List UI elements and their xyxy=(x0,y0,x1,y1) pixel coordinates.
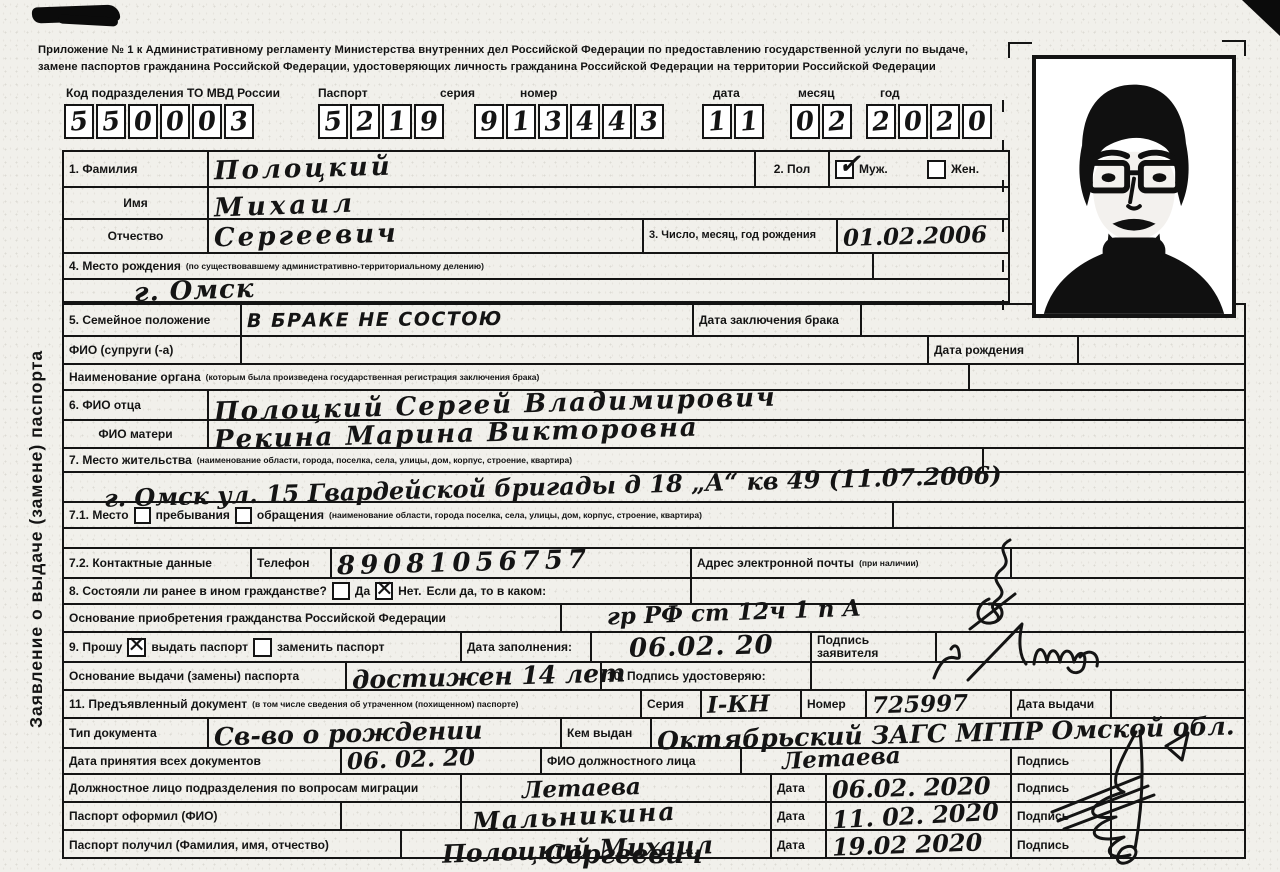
birthplace-note: (по существовавшему административно-терр… xyxy=(186,262,484,271)
form-header-line2: замене паспортов гражданина Российской Ф… xyxy=(38,59,996,76)
row-citizenship-basis: Основание приобретения гражданства Росси… xyxy=(64,603,1244,631)
digit-box: 0 xyxy=(128,104,158,139)
issue-day-boxes: 11 xyxy=(702,104,766,139)
patronymic-value: Сергеевич xyxy=(214,221,399,252)
marriage-date-label: Дата заключения брака xyxy=(699,314,839,327)
photo-corner-mark-left xyxy=(1008,42,1032,58)
male-checkbox: ✓ xyxy=(835,160,854,179)
scan-artifact-top-right xyxy=(1242,0,1280,36)
digit-box: 9 xyxy=(414,104,444,139)
signature-label-3: Подпись xyxy=(1017,810,1069,823)
request-label: 9. Прошу xyxy=(69,641,122,654)
row-prior-citizenship: 8. Состояли ли ранее в ином гражданстве?… xyxy=(64,577,1244,603)
signature-label-1: Подпись xyxy=(1017,755,1069,768)
unit-code-label: Код подразделения ТО МВД России xyxy=(66,86,280,100)
prepared-date-label: Дата xyxy=(777,810,805,823)
photo-edge-dashes xyxy=(1002,100,1004,310)
email-label: Адрес электронной почты xyxy=(697,557,854,570)
sex-label: 2. Пол xyxy=(774,163,811,176)
yes-checkbox xyxy=(332,582,350,600)
row-spouse: ФИО (супруги (-а) Дата рождения xyxy=(64,335,1244,363)
prior-citizenship-question: 8. Состояли ли ранее в ином гражданстве? xyxy=(69,585,327,598)
digit-box: 2 xyxy=(930,104,960,139)
row-birthplace-label: 4. Место рождения (по существовавшему ад… xyxy=(64,252,1008,278)
photo-corner-mark-right xyxy=(1222,40,1246,56)
spouse-label: ФИО (супруги (-а) xyxy=(69,344,173,357)
form-upper-table: 1. Фамилия Полоцкий 2. Пол ✓ Муж. Жен. И… xyxy=(62,150,1010,303)
migration-date-label: Дата xyxy=(777,782,805,795)
if-yes-label: Если да, то в каком: xyxy=(426,585,546,598)
scan-artifact-top-left-2 xyxy=(58,14,118,26)
row-blank xyxy=(64,527,1244,547)
digit-box: 0 xyxy=(962,104,992,139)
passport-received-label: Паспорт получил (Фамилия, имя, отчество) xyxy=(69,839,329,852)
doc-type-label: Тип документа xyxy=(69,727,157,740)
row-request: 9. Прошу ✕ выдать паспорт заменить паспо… xyxy=(64,631,1244,661)
doc-number-label: Номер xyxy=(807,698,846,711)
row-issue-basis: Основание выдачи (замены) паспорта дости… xyxy=(64,661,1244,689)
digit-box: 0 xyxy=(898,104,928,139)
digit-box: 2 xyxy=(822,104,852,139)
digit-box: 4 xyxy=(602,104,632,139)
form-lower-table: 5. Семейное положение В БРАКЕ НЕ СОСТОЮ … xyxy=(62,303,1246,859)
digit-box: 5 xyxy=(64,104,94,139)
row-doc-type: Тип документа Св-во о рождении Кем выдан… xyxy=(64,717,1244,747)
signature-label-2: Подпись xyxy=(1017,782,1069,795)
mother-label: ФИО матери xyxy=(98,428,172,441)
residence-label: 7. Место жительства xyxy=(69,454,192,467)
issue-year-boxes: 2020 xyxy=(866,104,994,139)
passport-number-boxes: 913443 xyxy=(474,104,666,139)
unit-code-boxes: 550003 xyxy=(64,104,256,139)
name-label: Имя xyxy=(123,197,148,210)
replace-passport-label: заменить паспорт xyxy=(277,641,384,654)
month-label: месяц xyxy=(798,86,834,100)
email-note: (при наличии) xyxy=(859,559,918,568)
birthdate-label: 3. Число, месяц, год рождения xyxy=(649,230,816,242)
form-header: Приложение № 1 к Административному регла… xyxy=(38,42,996,76)
passport-prepared-label: Паспорт оформил (ФИО) xyxy=(69,810,218,823)
received-date-value: 19.02 2020 xyxy=(832,830,983,859)
row-surname: 1. Фамилия Полоцкий 2. Пол ✓ Муж. Жен. xyxy=(64,152,1008,186)
marital-value: В БРАКЕ НЕ СОСТОЮ xyxy=(247,309,503,330)
passport-received-value-line2: Сергеевич xyxy=(545,840,703,870)
applicant-photo xyxy=(1032,55,1236,318)
certify-sign-label: 10. Подпись удостоверяю: xyxy=(607,670,766,683)
digit-box: 2 xyxy=(350,104,380,139)
surname-value: Полоцкий xyxy=(214,154,393,185)
birthdate-value: 01.02.2006 xyxy=(843,223,988,250)
issue-month-boxes: 02 xyxy=(790,104,854,139)
passport-label: Паспорт xyxy=(318,86,368,100)
row-patronymic: Отчество Сергеевич 3. Число, месяц, год … xyxy=(64,218,1008,252)
doc-series-value: I-КН xyxy=(707,692,771,717)
digit-box: 0 xyxy=(192,104,222,139)
male-checkmark: ✓ xyxy=(838,151,861,178)
form-header-line1: Приложение № 1 к Административному регла… xyxy=(38,42,996,59)
yes-label: Да xyxy=(355,585,370,598)
fill-date-label: Дата заполнения: xyxy=(467,641,572,654)
row-residence-value: г. Омск ул. 15 Гвардейской бригады д 18 … xyxy=(64,471,1244,501)
contacts-label: 7.2. Контактные данные xyxy=(69,557,212,570)
female-checkbox xyxy=(927,160,946,179)
phone-label: Телефон xyxy=(257,557,309,570)
father-label: 6. ФИО отца xyxy=(69,399,141,412)
male-label: Муж. xyxy=(859,163,888,176)
form-side-title: Заявление о выдаче (замене) паспорта xyxy=(26,258,47,728)
residence-note: (наименование области, города, поселка, … xyxy=(197,456,572,465)
citizenship-basis-label: Основание приобретения гражданства Росси… xyxy=(69,612,446,625)
spouse-birthdate-label: Дата рождения xyxy=(934,344,1024,357)
issue-basis-label: Основание выдачи (замены) паспорта xyxy=(69,670,299,683)
birthplace-label: 4. Место рождения xyxy=(69,260,181,273)
row-birthplace-value: г. Омск xyxy=(64,278,1008,305)
row-contacts: 7.2. Контактные данные Телефон 890810567… xyxy=(64,547,1244,577)
issue-checkmark: ✕ xyxy=(127,635,145,657)
row-name: Имя Михаил xyxy=(64,186,1008,218)
registry-label: Наименование органа xyxy=(69,371,201,384)
registry-note: (которым была произведена государственна… xyxy=(206,373,540,382)
received-date-label: Дата xyxy=(777,839,805,852)
official-name-value: Летаева xyxy=(781,743,901,772)
digit-box: 3 xyxy=(538,104,568,139)
digit-box: 1 xyxy=(702,104,732,139)
docs-accepted-date: 06. 02. 20 xyxy=(347,745,476,772)
digit-box: 1 xyxy=(506,104,536,139)
doc-issue-date-label: Дата выдачи xyxy=(1017,698,1094,711)
replace-passport-checkbox xyxy=(253,638,272,657)
no-checkmark: ✕ xyxy=(375,579,393,601)
row-docs-accepted: Дата принятия всех документов 06. 02. 20… xyxy=(64,747,1244,773)
no-label: Нет. xyxy=(398,585,421,598)
issue-basis-value: достижен 14 лет xyxy=(352,660,626,692)
digit-box: 3 xyxy=(224,104,254,139)
digit-box: 4 xyxy=(570,104,600,139)
official-name-label: ФИО должностного лица xyxy=(547,755,696,768)
digit-box: 1 xyxy=(734,104,764,139)
birthplace-value: г. Омск xyxy=(134,275,255,305)
issue-passport-label: выдать паспорт xyxy=(151,641,248,654)
applicant-sign-label: Подпись заявителя xyxy=(817,634,930,659)
number-label: номер xyxy=(520,86,557,100)
docs-accepted-label: Дата принятия всех документов xyxy=(69,755,261,768)
applicant-portrait xyxy=(1036,59,1232,314)
presented-document-label: 11. Предъявленный документ xyxy=(69,698,247,711)
female-label: Жен. xyxy=(951,163,979,176)
migration-official-label: Должностное лицо подразделения по вопрос… xyxy=(69,782,418,795)
digit-box: 2 xyxy=(866,104,896,139)
no-checkbox: ✕ xyxy=(375,582,393,600)
doc-number-value: 725997 xyxy=(872,691,969,717)
surname-label: 1. Фамилия xyxy=(69,163,138,176)
migration-official-value: Летаева xyxy=(522,774,642,801)
presented-document-note: (в том числе сведения об утраченном (пох… xyxy=(252,700,518,709)
day-label: дата xyxy=(713,86,740,100)
marital-label: 5. Семейное положение xyxy=(69,314,210,327)
issued-by-label: Кем выдан xyxy=(567,727,632,740)
digit-box: 5 xyxy=(96,104,126,139)
year-label: год xyxy=(880,86,900,100)
digit-box: 3 xyxy=(634,104,664,139)
digit-box: 5 xyxy=(318,104,348,139)
doc-series-label: Серия xyxy=(647,698,684,711)
digit-box: 0 xyxy=(790,104,820,139)
row-presented-document: 11. Предъявленный документ (в том числе … xyxy=(64,689,1244,717)
stay-note: (наименование области, города поселка, с… xyxy=(329,511,702,520)
issue-passport-checkbox: ✕ xyxy=(127,638,146,657)
digit-box: 9 xyxy=(474,104,504,139)
row-passport-prepared: Паспорт оформил (ФИО) Мальникина Дата 11… xyxy=(64,801,1244,829)
passport-series-boxes: 5219 xyxy=(318,104,446,139)
digit-box: 1 xyxy=(382,104,412,139)
phone-value: 89081056757 xyxy=(337,547,592,580)
series-label: серия xyxy=(440,86,475,100)
fill-date-value: 06.02. 20 xyxy=(628,632,773,662)
patronymic-label: Отчество xyxy=(108,230,164,243)
stay-option-appeal: обращения xyxy=(257,509,324,522)
signature-label-4: Подпись xyxy=(1017,839,1069,852)
digit-box: 0 xyxy=(160,104,190,139)
name-value: Михаил xyxy=(214,191,357,222)
